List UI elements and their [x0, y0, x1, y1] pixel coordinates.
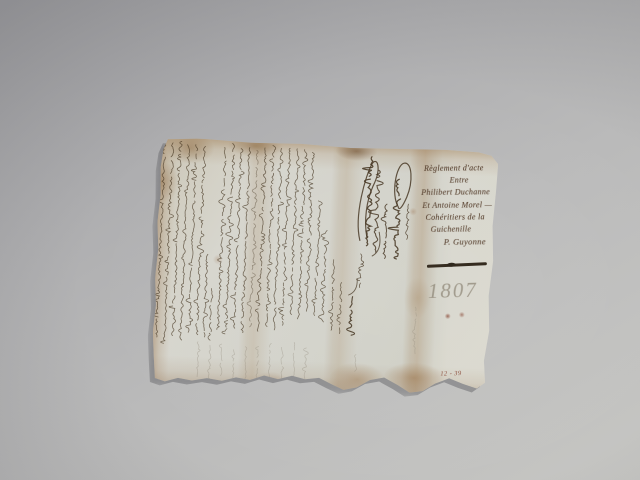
- archive-mark: 12 - 39: [440, 370, 461, 378]
- docket-line: Philibert Duchanne: [421, 187, 497, 200]
- docket-line: Règlement d'acte: [421, 162, 497, 175]
- docket-line: Guichenille: [422, 223, 498, 236]
- photo-background: Règlement d'acte Entre Philibert Duchann…: [0, 0, 640, 480]
- docket-line: P. Guyonne: [422, 235, 498, 248]
- docket-line: Entre: [421, 174, 497, 187]
- year-annotation: 1807: [427, 278, 478, 304]
- docket-line: Cohéritiers de la: [421, 211, 497, 224]
- manuscript-paper: Règlement d'acte Entre Philibert Duchann…: [151, 137, 501, 397]
- docket-panel: Règlement d'acte Entre Philibert Duchann…: [421, 162, 498, 248]
- docket-line: Et Antoine Morel —: [421, 199, 497, 212]
